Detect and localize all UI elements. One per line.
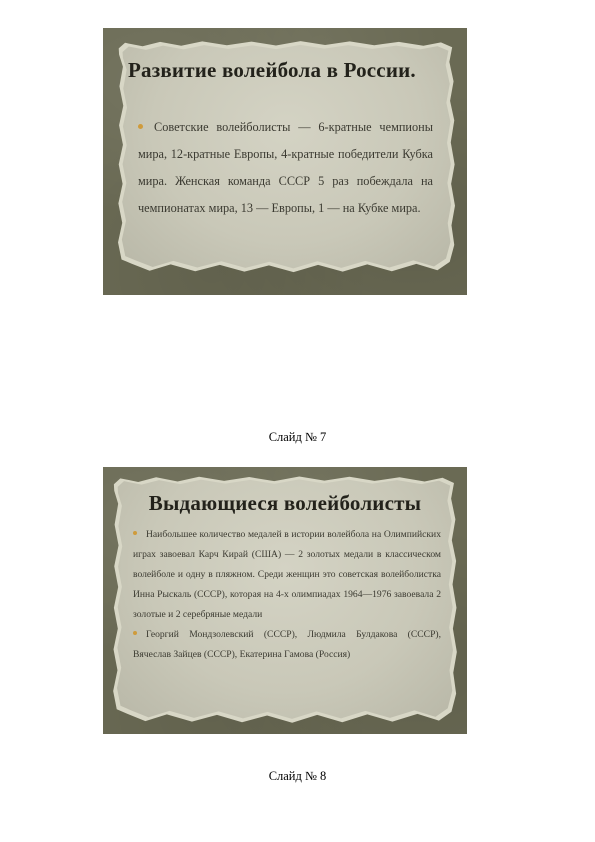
slide-7-title: Развитие волейбола в России. [128,58,416,83]
slide-8-bullet-text: Георгий Мондзолевский (СССР), Людмила Бу… [133,629,441,660]
slide-8-bullet-item: Наибольшее количество медалей в истории … [133,525,441,625]
slide-7-bullet-text: Советские волейболисты — 6-кратные чемпи… [138,120,433,215]
slide-image-8: Выдающиеся волейболисты Наибольшее колич… [103,467,467,734]
caption-slide-7: Слайд № 7 [0,430,595,445]
slide-8-title: Выдающиеся волейболисты [103,491,467,516]
bullet-icon [138,124,143,129]
slide-8-bullet-item: Георгий Мондзолевский (СССР), Людмила Бу… [133,625,441,665]
slide-8-bullet-text: Наибольшее количество медалей в истории … [133,529,441,620]
caption-slide-8: Слайд № 8 [0,769,595,784]
slide-7-body: Советские волейболисты — 6-кратные чемпи… [138,114,433,222]
bullet-icon [133,531,137,535]
slide-image-7: Развитие волейбола в России. Советские в… [103,28,467,295]
document-page: Развитие волейбола в России. Советские в… [0,0,595,842]
slide-8-body: Наибольшее количество медалей в истории … [133,525,441,665]
bullet-icon [133,631,137,635]
slide-7-bullet-item: Советские волейболисты — 6-кратные чемпи… [138,114,433,222]
